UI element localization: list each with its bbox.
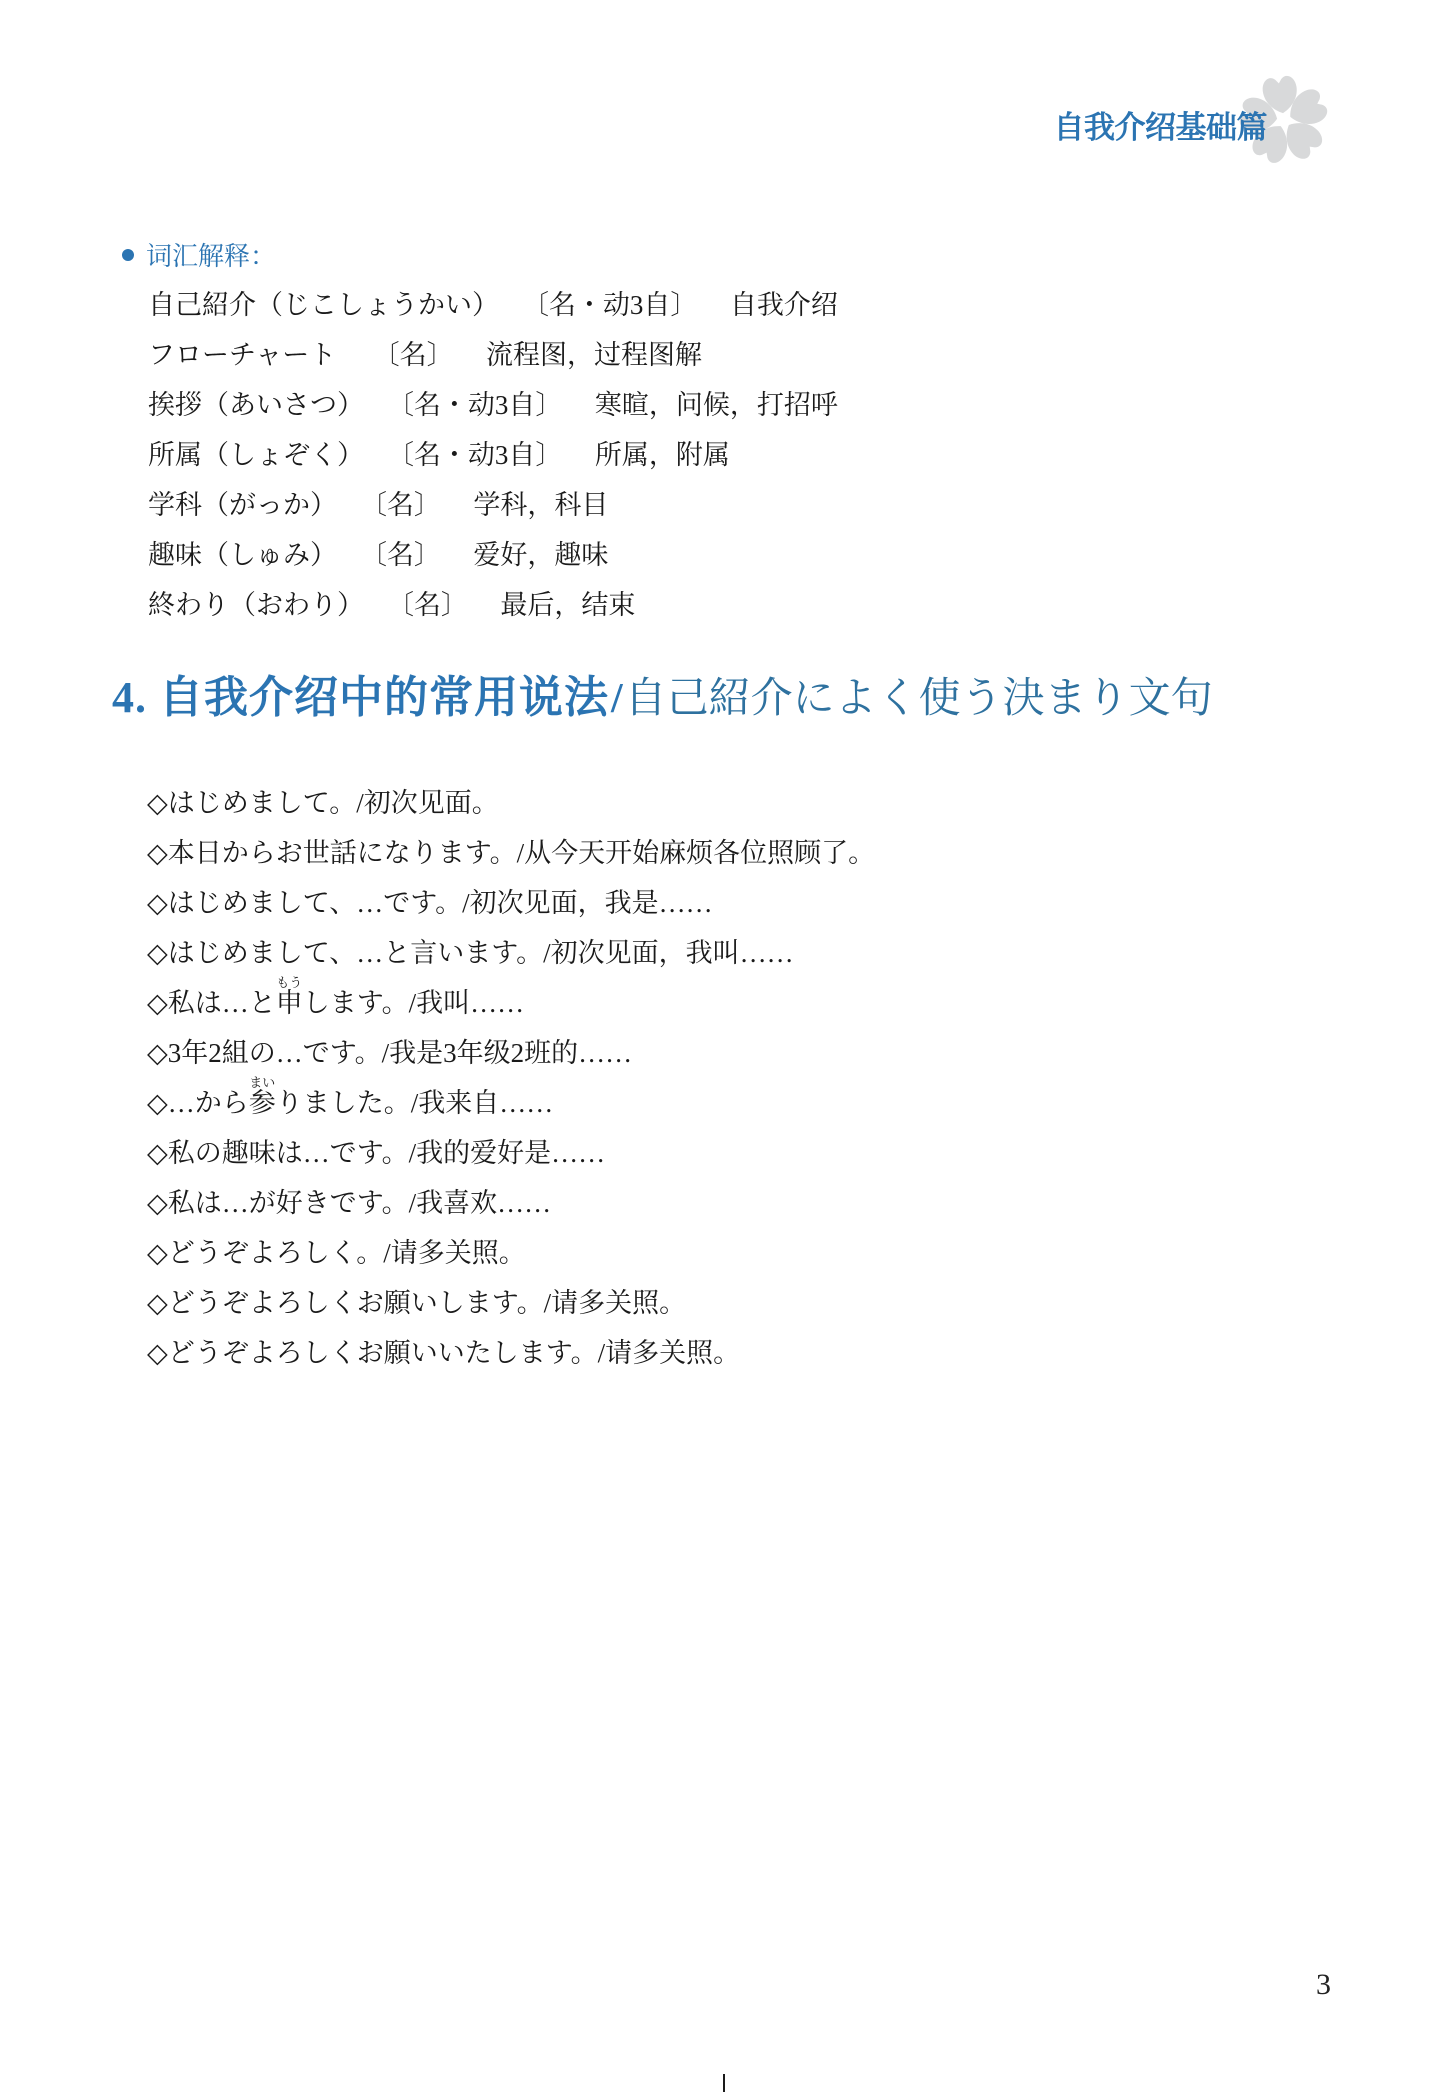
vocab-row: 挨拶（あいさつ）〔名・动3自〕寒暄，问候，打招呼 bbox=[148, 380, 838, 430]
vocab-list: 自己紹介（じこしょうかい）〔名・动3自〕自我介绍 フローチャート〔名〕流程图，过… bbox=[148, 280, 838, 630]
vocab-pos: 〔名・动3自〕 bbox=[400, 390, 562, 420]
vocab-pos: 〔名・动3自〕 bbox=[400, 440, 562, 470]
vocab-meaning: 爱好，趣味 bbox=[473, 540, 608, 570]
phrase-cn: /初次见面，我是…… bbox=[462, 888, 713, 918]
phrase-list: ◇はじめまして。/初次见面。 ◇本日からお世話になります。/从今天开始麻烦各位照… bbox=[147, 778, 875, 1378]
vocab-term: フローチャート bbox=[148, 340, 336, 370]
furigana-base: 参 bbox=[249, 1088, 276, 1118]
phrase-jp-post: りました。 bbox=[276, 1088, 411, 1118]
vocab-meaning: 寒暄，问候，打招呼 bbox=[595, 390, 838, 420]
vocab-meaning: 学科，科目 bbox=[473, 490, 608, 520]
section-heading-cn: 4. 自我介绍中的常用说法 bbox=[112, 673, 609, 722]
phrase-jp: ◇どうぞよろしくお願いします。 bbox=[147, 1288, 544, 1318]
furigana-group: 参まい bbox=[249, 1088, 276, 1118]
phrase-cn: /初次见面。 bbox=[356, 788, 499, 818]
phrase-cn: /我喜欢…… bbox=[409, 1188, 552, 1218]
phrase-cn: /我叫…… bbox=[409, 988, 525, 1018]
phrase-cn: /请多关照。 bbox=[598, 1338, 741, 1368]
phrase-row: ◇3年2組の…です。/我是3年级2班的…… bbox=[147, 1028, 875, 1078]
phrase-row: ◇私の趣味は…です。/我的爱好是…… bbox=[147, 1128, 875, 1178]
phrase-jp: ◇3年2組の…です。 bbox=[147, 1038, 382, 1068]
phrase-cn: /初次见面，我叫…… bbox=[543, 938, 794, 968]
vocab-heading-label: 词汇解释： bbox=[146, 242, 276, 271]
vocab-reading: （しょぞく） bbox=[202, 440, 364, 470]
phrase-cn: /请多关照。 bbox=[544, 1288, 687, 1318]
vocab-term: 終わり bbox=[148, 590, 229, 620]
phrase-row: ◇…から参まいりました。/我来自…… bbox=[147, 1078, 875, 1128]
phrase-row: ◇私は…が好きです。/我喜欢…… bbox=[147, 1178, 875, 1228]
phrase-row: ◇どうぞよろしくお願いいたします。/请多关照。 bbox=[147, 1328, 875, 1378]
vocab-reading: （がっか） bbox=[202, 490, 337, 520]
section-heading-separator: / bbox=[609, 676, 625, 722]
phrase-cn: /我的爱好是…… bbox=[409, 1138, 606, 1168]
phrase-jp-pre: ◇私は…と bbox=[147, 988, 276, 1018]
vocab-term: 所属 bbox=[148, 440, 202, 470]
vocab-heading: 词汇解释： bbox=[122, 241, 276, 273]
book-page: 自我介绍基础篇 词汇解释： 自己紹介（じこしょうかい）〔名・动3自〕自我介绍 フ… bbox=[0, 0, 1447, 2092]
vocab-meaning: 所属，附属 bbox=[595, 440, 730, 470]
phrase-jp: ◇はじめまして。 bbox=[147, 788, 356, 818]
furigana-base: 申 bbox=[276, 988, 303, 1018]
vocab-row: 終わり（おわり）〔名〕最后，结束 bbox=[148, 580, 838, 630]
bullet-icon bbox=[122, 249, 134, 261]
vocab-row: 学科（がっか）〔名〕学科，科目 bbox=[148, 480, 838, 530]
phrase-jp: ◇私は…が好きです。 bbox=[147, 1188, 409, 1218]
phrase-cn: /我来自…… bbox=[411, 1088, 554, 1118]
vocab-term: 挨拶 bbox=[148, 390, 202, 420]
vocab-pos: 〔名〕 bbox=[400, 590, 468, 620]
furigana-text: もう bbox=[276, 976, 302, 989]
phrase-jp: ◇私の趣味は…です。 bbox=[147, 1138, 409, 1168]
crop-mark bbox=[723, 2074, 725, 2092]
phrase-row: ◇はじめまして、…です。/初次见面，我是…… bbox=[147, 878, 875, 928]
vocab-pos: 〔名〕 bbox=[373, 340, 454, 370]
vocab-row: 所属（しょぞく）〔名・动3自〕所属，附属 bbox=[148, 430, 838, 480]
vocab-meaning: 流程图，过程图解 bbox=[486, 340, 702, 370]
phrase-row: ◇本日からお世話になります。/从今天开始麻烦各位照顾了。 bbox=[147, 828, 875, 878]
section-heading: 4. 自我介绍中的常用说法/自己紹介によく使う決まり文句 bbox=[112, 668, 1213, 735]
vocab-term: 自己紹介 bbox=[148, 290, 256, 320]
phrase-jp-pre: ◇…から bbox=[147, 1088, 249, 1118]
furigana-group: 申もう bbox=[276, 988, 303, 1018]
phrase-cn: /从今天开始麻烦各位照顾了。 bbox=[517, 838, 876, 868]
phrase-row: ◇どうぞよろしくお願いします。/请多关照。 bbox=[147, 1278, 875, 1328]
vocab-row: フローチャート〔名〕流程图，过程图解 bbox=[148, 330, 838, 380]
phrase-jp: ◇どうぞよろしく。 bbox=[147, 1238, 383, 1268]
phrase-jp: ◇どうぞよろしくお願いいたします。 bbox=[147, 1338, 598, 1368]
vocab-row: 趣味（しゅみ）〔名〕爱好，趣味 bbox=[148, 530, 838, 580]
phrase-cn: /我是3年级2班的…… bbox=[382, 1038, 633, 1068]
vocab-term: 趣味 bbox=[148, 540, 202, 570]
vocab-reading: （じこしょうかい） bbox=[256, 290, 499, 320]
phrase-jp: ◇本日からお世話になります。 bbox=[147, 838, 517, 868]
phrase-cn: /请多关照。 bbox=[383, 1238, 526, 1268]
vocab-pos: 〔名〕 bbox=[373, 540, 441, 570]
phrase-row: ◇どうぞよろしく。/请多关照。 bbox=[147, 1228, 875, 1278]
vocab-pos: 〔名〕 bbox=[373, 490, 441, 520]
phrase-jp: ◇はじめまして、…と言います。 bbox=[147, 938, 543, 968]
chapter-title: 自我介绍基础篇 bbox=[1054, 111, 1268, 145]
furigana-text: まい bbox=[249, 1076, 275, 1089]
page-number: 3 bbox=[1316, 1968, 1331, 2002]
phrase-row: ◇はじめまして。/初次见面。 bbox=[147, 778, 875, 828]
vocab-reading: （おわり） bbox=[229, 590, 364, 620]
vocab-meaning: 自我介绍 bbox=[730, 290, 838, 320]
vocab-pos: 〔名・动3自〕 bbox=[535, 290, 697, 320]
vocab-meaning: 最后，结束 bbox=[500, 590, 635, 620]
phrase-row: ◇はじめまして、…と言います。/初次见面，我叫…… bbox=[147, 928, 875, 978]
vocab-term: 学科 bbox=[148, 490, 202, 520]
section-heading-jp: 自己紹介によく使う決まり文句 bbox=[625, 676, 1213, 722]
vocab-reading: （あいさつ） bbox=[202, 390, 364, 420]
vocab-reading: （しゅみ） bbox=[202, 540, 337, 570]
phrase-row: ◇私は…と申もうします。/我叫…… bbox=[147, 978, 875, 1028]
phrase-jp-post: します。 bbox=[303, 988, 409, 1018]
vocab-row: 自己紹介（じこしょうかい）〔名・动3自〕自我介绍 bbox=[148, 280, 838, 330]
phrase-jp: ◇はじめまして、…です。 bbox=[147, 888, 462, 918]
